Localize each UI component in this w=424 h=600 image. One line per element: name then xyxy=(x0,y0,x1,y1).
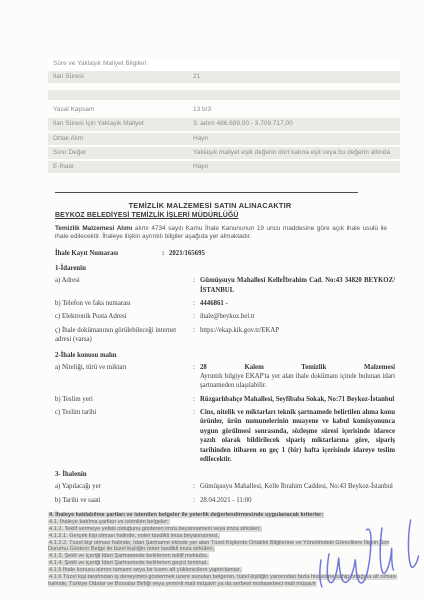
scanned-document-page: Süre ve Yaklaşık Maliyet Bilgileri İlan … xyxy=(0,0,424,600)
colon: : xyxy=(193,276,200,295)
signature-stroke xyxy=(320,560,322,587)
row-value: Gümüşsuyu Mahallesi, Kelle İbrahim Cadde… xyxy=(200,482,395,491)
row-label: a) Yapılacağı yer xyxy=(55,482,193,491)
kv-row-tender-place: a) Yapılacağı yer : Gümüşsuyu Mahallesi,… xyxy=(55,482,395,491)
row-label: b) Telefon ve faks numarası xyxy=(55,299,193,308)
kv-row-email: c) Elektronik Posta Adresi : ihale@beyko… xyxy=(55,312,395,321)
row-value: 13 b/3 xyxy=(193,106,395,114)
kv-row-subject: a) Niteliği, türü ve miktarı : 28 Kalem … xyxy=(55,363,395,391)
row-label: Ortak Alım xyxy=(53,135,193,143)
row-value: ihale@beykoz.bel.tr xyxy=(200,312,395,321)
row-label: b) Teslim yeri xyxy=(55,395,193,404)
signature-stroke xyxy=(408,520,418,567)
colon: : xyxy=(193,312,200,321)
row-label: b) Tarihi ve saati xyxy=(55,496,193,505)
row-label: c) Elektronik Posta Adresi xyxy=(55,312,193,321)
row-value: Hayır xyxy=(193,163,395,171)
colon: : xyxy=(193,395,200,404)
row-label: İlan Süresi xyxy=(53,73,193,81)
section2-heading: 2-İhale konusu malın xyxy=(55,352,395,359)
authority-title: BEYKOZ BELEDİYESİ TEMİZLİK İŞLERİ MÜDÜRL… xyxy=(55,212,395,219)
row-label: E-İhale xyxy=(53,163,193,171)
kv-row-phone: b) Telefon ve faks numarası : 4446861 - xyxy=(55,299,395,308)
colon: : xyxy=(193,326,200,345)
subject-quantity: 28 Kalem Temizlik Malzemesi xyxy=(200,363,395,372)
kv-row-delivery-date: c) Teslim tarihi : Cins, nitelik ve mikt… xyxy=(55,408,395,464)
row-label: a) Niteliği, türü ve miktarı xyxy=(55,363,193,391)
ikn-label: İhale Kayıt Numarası xyxy=(55,249,162,258)
colon: : xyxy=(193,299,200,308)
table-row: Ortak Alım Hayır xyxy=(48,133,400,145)
section3-heading: 3- İhalenin xyxy=(55,471,395,478)
page-title: TEMİZLİK MALZEMESİ SATIN ALINACAKTIR xyxy=(55,201,365,210)
table-row: Sınır Değer Yaklaşık maliyet eşik değeri… xyxy=(48,147,400,159)
colon: : xyxy=(193,363,200,391)
kv-row-tender-datetime: b) Tarihi ve saati : 28.04.2021 - 11:00 xyxy=(55,496,395,505)
row-label: ç) İhale dokümanının görülebileceği inte… xyxy=(55,326,193,345)
tender-summary-table: Süre ve Yaklaşık Maliyet Bilgileri İlan … xyxy=(48,58,400,175)
intro-bold-text: Temizlik Malzemesi Alımı xyxy=(55,225,132,232)
row-value: 3. adım 486.689,00 - 3.709.717,00 xyxy=(193,120,395,128)
colon: : xyxy=(193,482,200,491)
row-label: Sınır Değer xyxy=(53,149,193,157)
row-label: İlan Süresi İçin Yaklaşık Maliyet xyxy=(53,120,193,128)
colon: : xyxy=(162,249,169,258)
handwritten-signature xyxy=(313,510,423,598)
intro-paragraph: Temizlik Malzemesi Alımı alımı 4734 sayı… xyxy=(55,225,387,242)
colon: : xyxy=(193,408,200,464)
row-value: 28.04.2021 - 11:00 xyxy=(200,496,395,505)
row-label: c) Teslim tarihi xyxy=(55,408,193,464)
kv-row-delivery-place: b) Teslim yeri : Rüzgarlıbahçe Mahallesi… xyxy=(55,395,395,404)
row-label: Yasal Kapsam xyxy=(53,106,193,114)
ikn-row: İhale Kayıt Numarası : 2021/165695 xyxy=(55,249,395,258)
kv-row-address: a) Adresi : Gümüşsuyu Mahallesi Kelleİbr… xyxy=(55,276,395,295)
row-label: a) Adresi xyxy=(55,276,193,295)
signature-stroke xyxy=(380,528,393,573)
row-value: 4446861 - xyxy=(200,299,395,308)
table-header: Süre ve Yaklaşık Maliyet Bilgileri xyxy=(48,58,400,71)
subject-note: Ayrıntılı bilgiye EKAP'ta yer alan ihale… xyxy=(200,372,395,391)
row-value: Cins, nitelik ve miktarları teknik şartn… xyxy=(200,408,395,464)
row-value: https://ekap.kik.gov.tr/EKAP xyxy=(200,326,395,345)
section1-heading: 1-İdarenin xyxy=(55,265,395,272)
colon: : xyxy=(193,496,200,505)
table-row: İlan Süresi İçin Yaklaşık Maliyet 3. adı… xyxy=(48,118,400,130)
ikn-value: 2021/165695 xyxy=(169,249,395,258)
row-value: 28 Kalem Temizlik Malzemesi Ayrıntılı bi… xyxy=(200,363,395,391)
table-row: Yasal Kapsam 13 b/3 xyxy=(48,104,400,116)
row-value: Yaklaşık maliyet eşik değerin dört katın… xyxy=(193,149,395,157)
kv-row-ekap-url: ç) İhale dokümanının görülebileceği inte… xyxy=(55,326,395,345)
table-row: İlan Süresi 21 xyxy=(48,71,400,83)
table-row: E-İhale Hayır xyxy=(48,161,400,173)
row-value: 21 xyxy=(193,73,395,81)
row-value: Rüzgarlıbahçe Mahallesi, Seyfibaba Sokak… xyxy=(200,395,395,404)
row-value: Hayır xyxy=(193,135,395,143)
table-row-empty xyxy=(48,90,400,100)
row-value: Gümüşsuyu Mahallesi Kelleİbrahim Cad. No… xyxy=(200,276,395,295)
divider xyxy=(55,192,358,193)
signature-stroke xyxy=(327,529,371,583)
